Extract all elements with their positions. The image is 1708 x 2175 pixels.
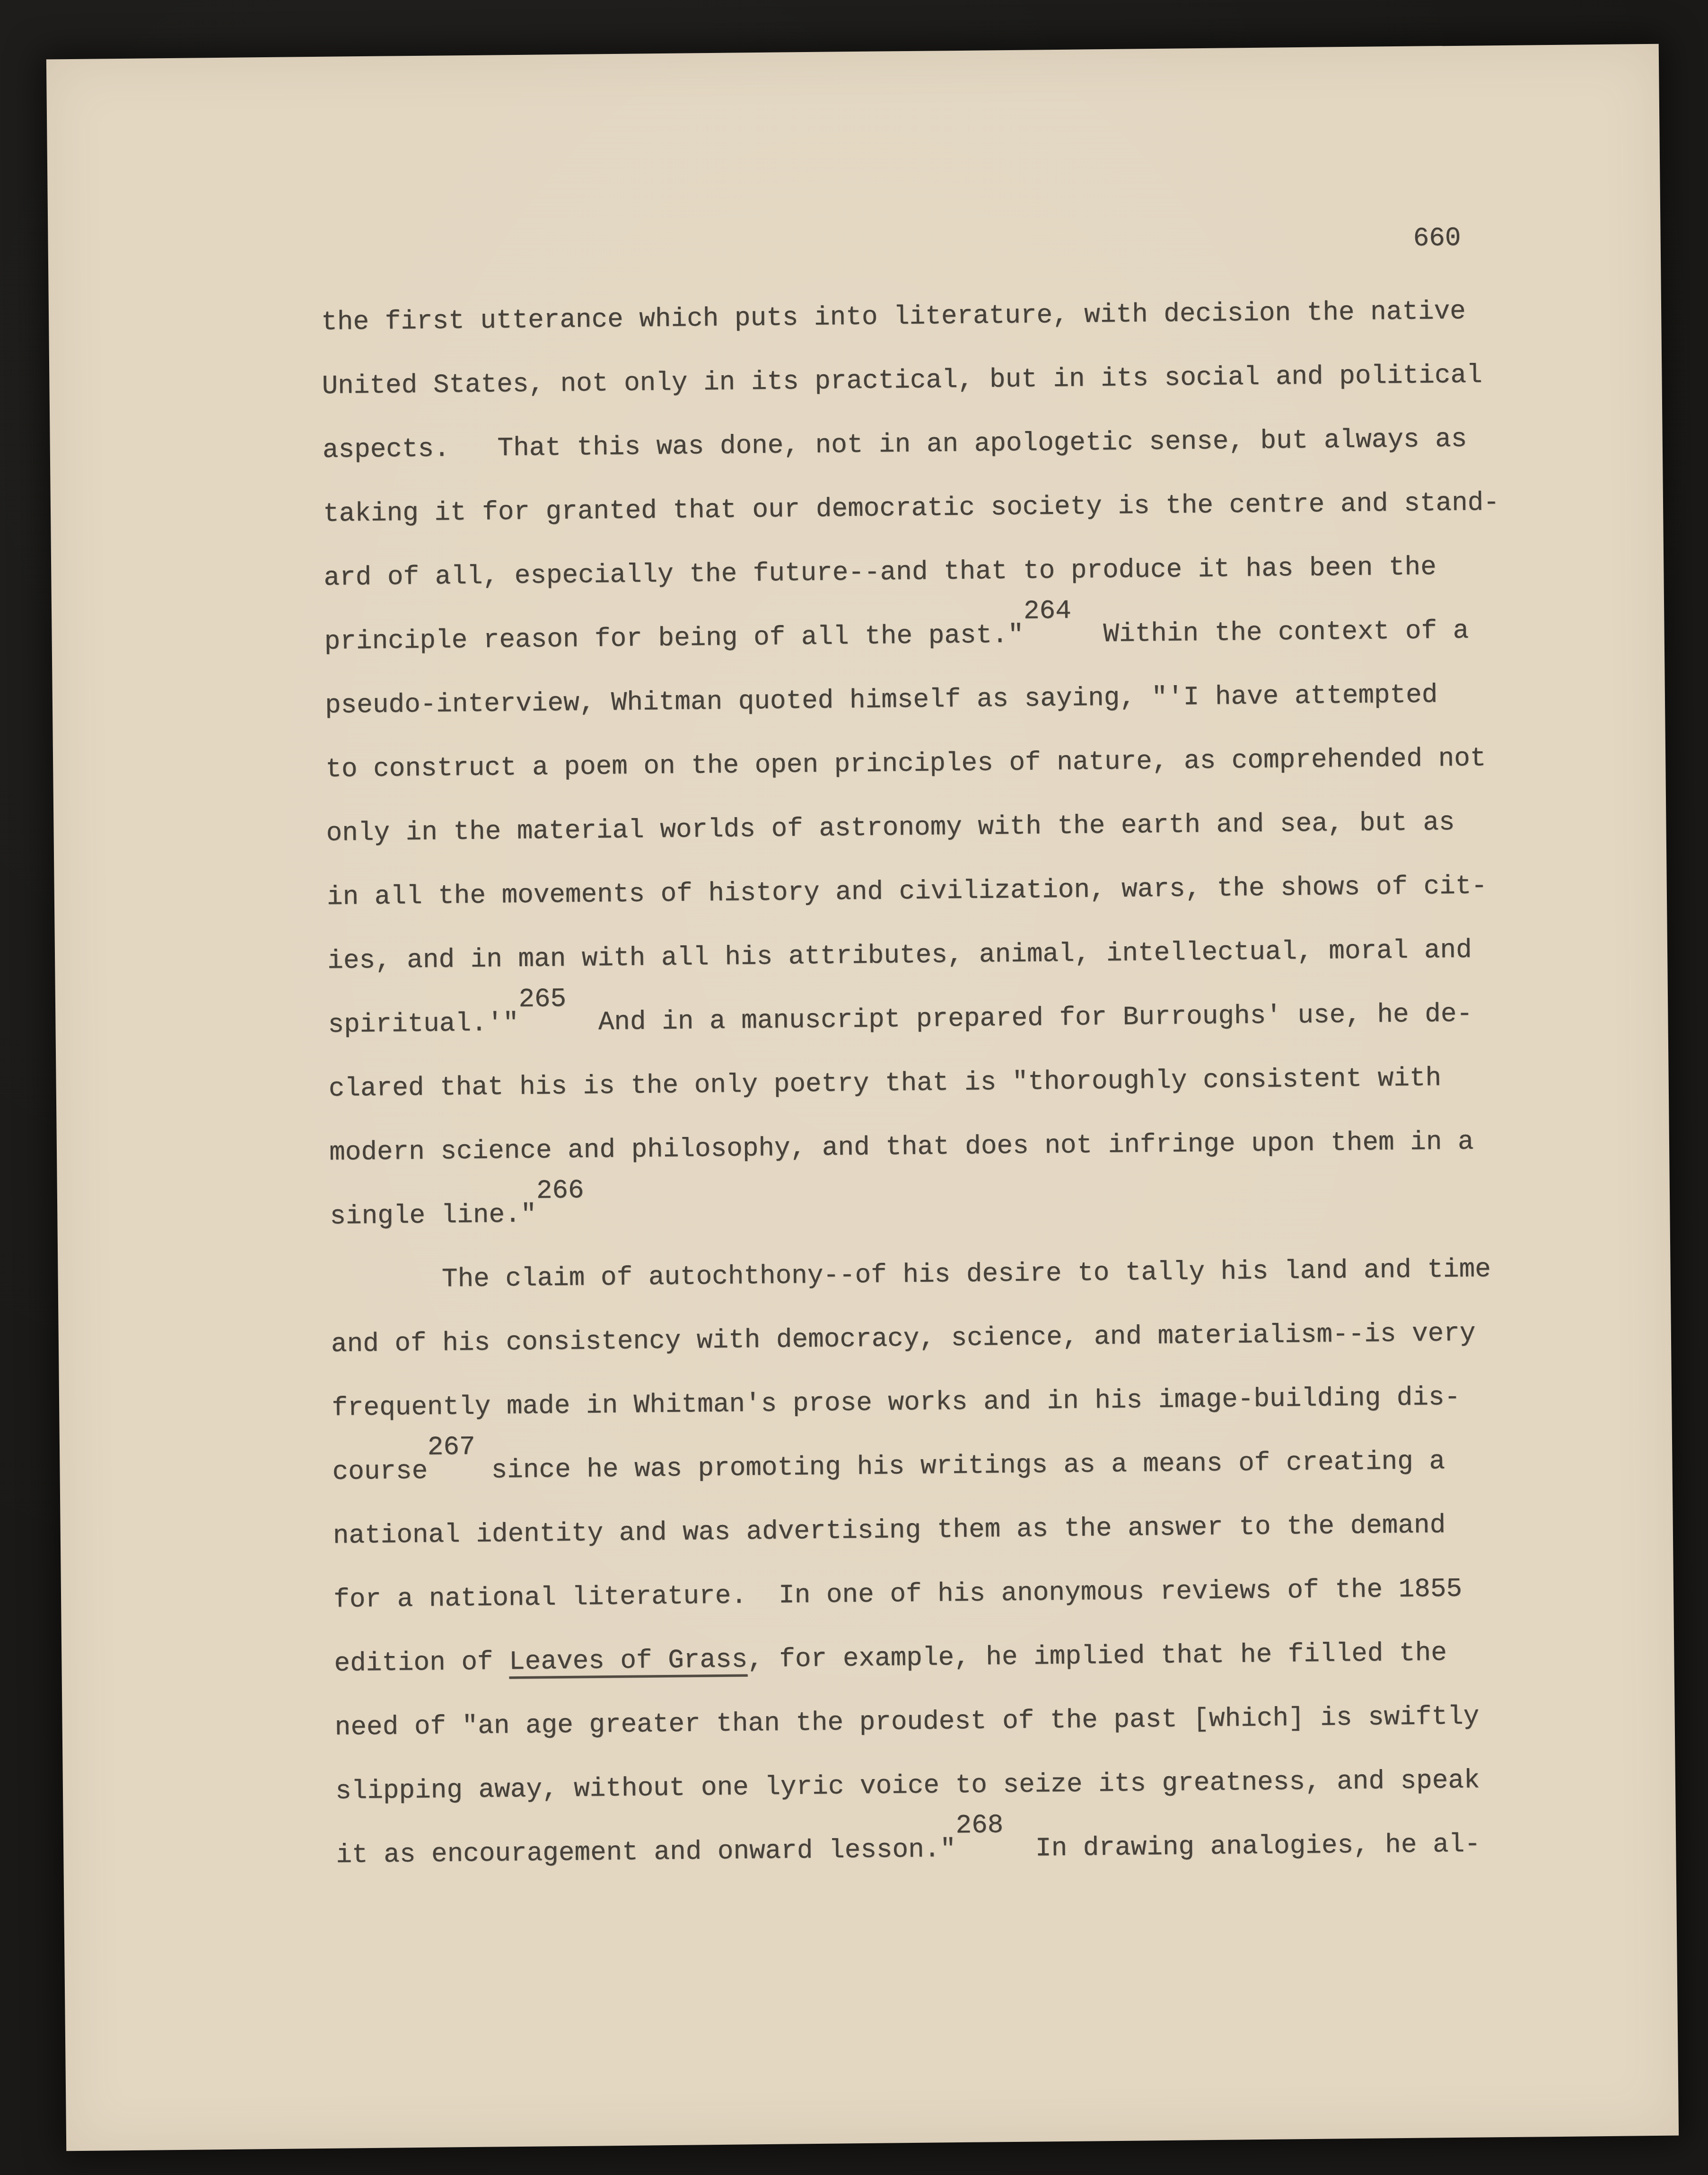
text-segment: and of his consistency with democracy, s… xyxy=(331,1318,1476,1359)
text-line: United States, not only in its practical… xyxy=(322,343,1552,418)
text-lines: the first utterance which puts into lite… xyxy=(321,279,1566,1887)
text-segment: United States, not only in its practical… xyxy=(322,360,1482,401)
text-line: single line."266 xyxy=(330,1173,1560,1249)
text-segment: only in the material worlds of astronomy… xyxy=(326,807,1455,848)
underlined-book-title: Leaves of Grass xyxy=(509,1644,748,1677)
text-segment: in all the movements of history and civi… xyxy=(327,871,1488,912)
text-line: to construct a poem on the open principl… xyxy=(325,726,1556,801)
text-segment: , for example, he implied that he filled… xyxy=(747,1638,1447,1674)
text-segment: And in a manuscript prepared for Burroug… xyxy=(566,999,1472,1038)
footnote-superscript: 267 xyxy=(427,1432,475,1462)
text-line: modern science and philosophy, and that … xyxy=(329,1109,1559,1185)
text-line: only in the material worlds of astronomy… xyxy=(326,790,1556,865)
text-line: for a national literature. In one of his… xyxy=(333,1556,1563,1632)
text-segment: modern science and philosophy, and that … xyxy=(329,1127,1474,1168)
text-line: pseudo-interview, Whitman quoted himself… xyxy=(324,662,1555,738)
text-line: ard of all, especially the future--and t… xyxy=(324,534,1554,610)
text-segment: clared that his is the only poetry that … xyxy=(328,1063,1441,1104)
text-segment: aspects. That this was done, not in an a… xyxy=(323,424,1467,465)
text-line: The claim of autochthony--of his desire … xyxy=(330,1237,1560,1312)
text-segment: slipping away, without one lyric voice t… xyxy=(335,1765,1480,1806)
text-segment: for a national literature. In one of his… xyxy=(333,1574,1463,1615)
text-segment: it as encouragement and onward lesson." xyxy=(336,1834,956,1870)
text-segment: taking it for granted that our democrati… xyxy=(323,487,1499,529)
text-segment: the first utterance which puts into lite… xyxy=(321,296,1466,337)
page-number: 660 xyxy=(1413,225,1461,252)
text-segment: since he was promoting his writings as a… xyxy=(475,1446,1445,1486)
text-segment: Within the context of a xyxy=(1071,616,1469,650)
text-segment: In drawing analogies, he al- xyxy=(1003,1829,1480,1864)
text-segment: principle reason for being of all the pa… xyxy=(324,620,1024,657)
text-line: aspects. That this was done, not in an a… xyxy=(322,406,1552,482)
text-segment: frequently made in Whitman's prose works… xyxy=(332,1382,1461,1423)
text-segment: course xyxy=(332,1456,428,1487)
text-segment: single line." xyxy=(330,1199,536,1232)
text-line: course267 since he was promoting his wri… xyxy=(332,1428,1562,1504)
text-line: edition of Leaves of Grass, for example,… xyxy=(334,1620,1564,1696)
text-line: the first utterance which puts into lite… xyxy=(321,279,1551,354)
text-segment: edition of xyxy=(334,1647,509,1679)
text-line: national identity and was advertising th… xyxy=(333,1492,1563,1568)
text-line: taking it for granted that our democrati… xyxy=(323,470,1553,546)
text-segment: pseudo-interview, Whitman quoted himself… xyxy=(325,679,1438,721)
text-segment: ies, and in man with all his attributes,… xyxy=(327,935,1472,976)
text-segment: to construct a poem on the open principl… xyxy=(325,743,1486,784)
footnote-superscript: 265 xyxy=(518,984,566,1014)
text-line: in all the movements of history and civi… xyxy=(326,854,1557,929)
text-segment: national identity and was advertising th… xyxy=(333,1510,1446,1551)
text-segment: need of "an age greater than the proudes… xyxy=(334,1701,1479,1743)
footnote-superscript: 268 xyxy=(955,1810,1003,1840)
text-line: principle reason for being of all the pa… xyxy=(324,598,1554,674)
text-line: need of "an age greater than the proudes… xyxy=(334,1684,1565,1760)
text-line: frequently made in Whitman's prose works… xyxy=(332,1365,1562,1440)
text-line: clared that his is the only poetry that … xyxy=(328,1045,1559,1121)
footnote-superscript: 266 xyxy=(536,1175,584,1206)
footnote-superscript: 264 xyxy=(1023,596,1071,626)
text-line: spiritual.'"265 And in a manuscript prep… xyxy=(328,981,1558,1057)
text-line: ies, and in man with all his attributes,… xyxy=(327,917,1558,993)
text-segment: spiritual.'" xyxy=(328,1008,519,1040)
text-segment: The claim of autochthony--of his desire … xyxy=(330,1254,1491,1295)
text-segment: ard of all, especially the future--and t… xyxy=(324,552,1436,593)
text-line: it as encouragement and onward lesson."2… xyxy=(336,1812,1566,1887)
document-page: 660 the first utterance which puts into … xyxy=(46,44,1679,2151)
text-line: and of his consistency with democracy, s… xyxy=(331,1301,1561,1376)
text-line: slipping away, without one lyric voice t… xyxy=(335,1748,1565,1823)
